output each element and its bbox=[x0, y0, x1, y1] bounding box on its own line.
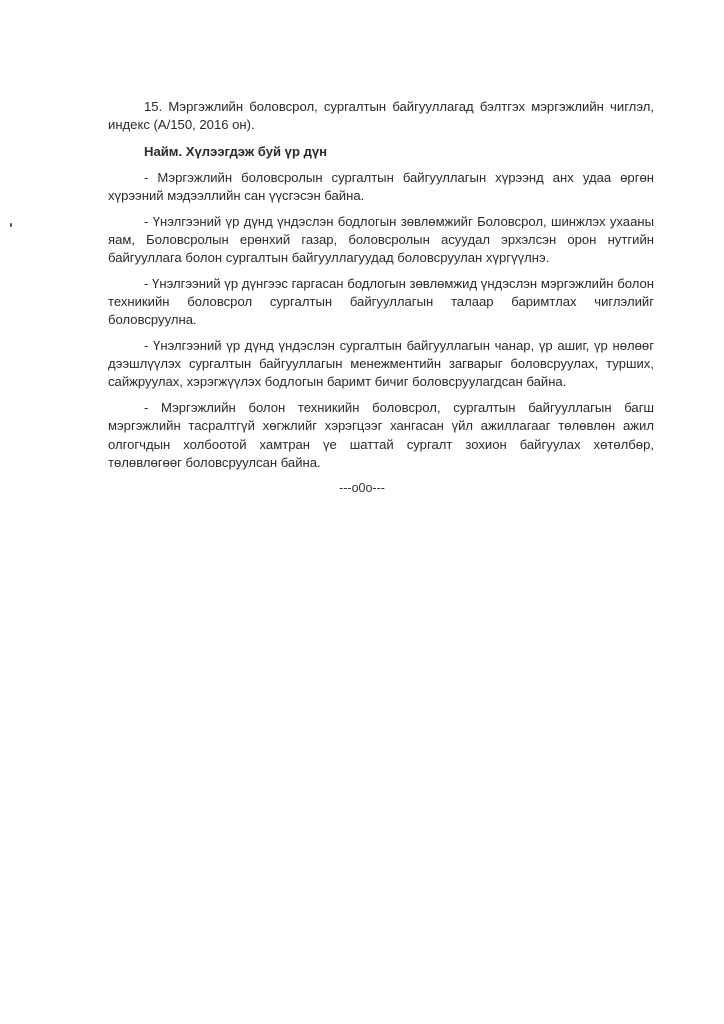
scan-artifact-mark bbox=[10, 223, 12, 227]
result-paragraph: - Үнэлгээний үр дүнд үндэслэн сургалтын … bbox=[108, 337, 654, 392]
result-paragraph: - Үнэлгээний үр дүнгээс гаргасан бодлогы… bbox=[108, 275, 654, 330]
list-item-15: 15. Мэргэжлийн боловсрол, сургалтын байг… bbox=[108, 98, 654, 134]
section-heading: Найм. Хүлээгдэж буй үр дүн bbox=[108, 142, 654, 162]
result-paragraph: - Мэргэжлийн болон техникийн боловсрол, … bbox=[108, 399, 654, 472]
document-page-body: 15. Мэргэжлийн боловсрол, сургалтын байг… bbox=[108, 98, 654, 479]
end-of-document-mark: ---o0o--- bbox=[0, 481, 724, 495]
result-paragraph: - Үнэлгээний үр дүнд үндэслэн бодлогын з… bbox=[108, 213, 654, 268]
result-paragraph: - Мэргэжлийн боловсролын сургалтын байгу… bbox=[108, 169, 654, 205]
